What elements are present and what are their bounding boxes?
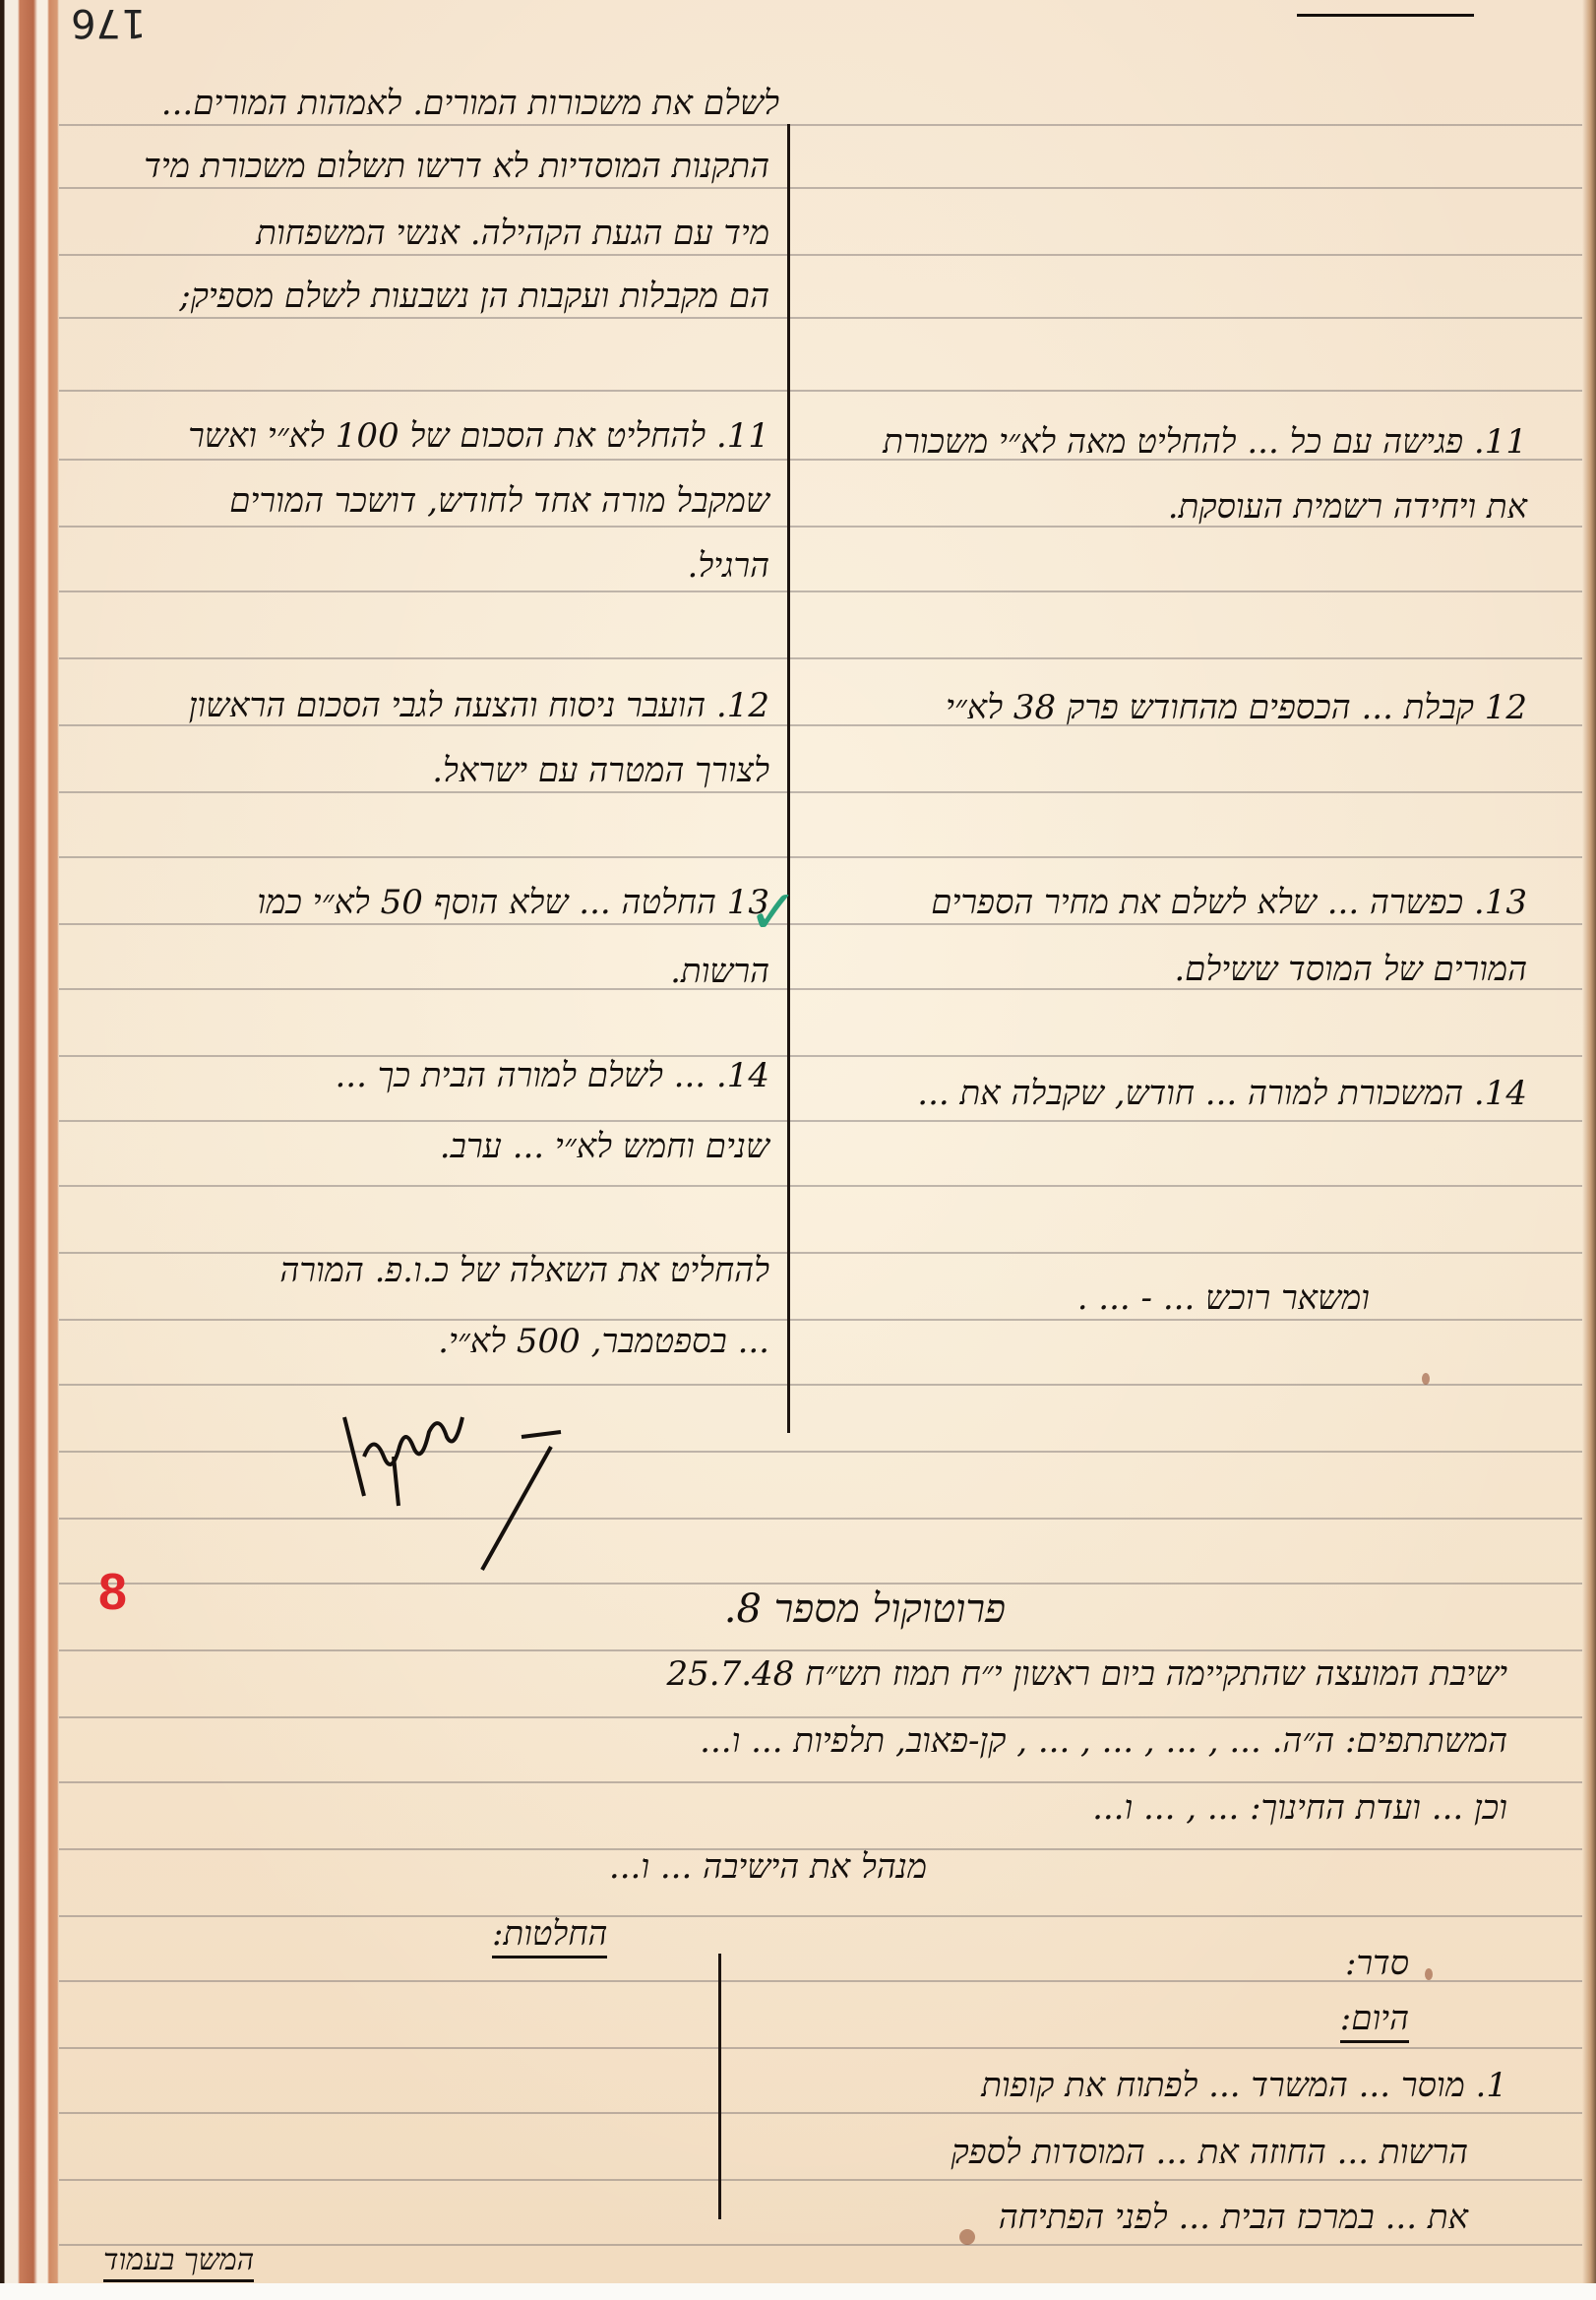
ruled-line: [59, 791, 1582, 793]
item-number: 11: [1485, 422, 1527, 462]
ruled-line: [59, 390, 1582, 392]
section-heading-line: לשלם את משכורות המורים. לאמהות המורים...: [161, 75, 779, 132]
agenda-subheader-text: היום:: [1340, 1999, 1409, 2043]
right-item-12-line-1: 12 קבלת ... הכספים מהחודש פרק 38 לא״י: [946, 679, 1527, 736]
left-item-12-line-1: 12. הועבר ניסוח והצעה לגבי הסכום הראשון: [189, 677, 769, 734]
handwritten-signature: [325, 1398, 620, 1575]
agenda-header: סדר:: [1345, 1935, 1409, 1992]
left-item-13-line-2: הרשות.: [670, 943, 769, 1000]
ruled-line: [59, 1915, 1582, 1917]
right-item-14-line-1: 14. המשכורת למורה ... חודש, שקבלה את ...: [917, 1065, 1527, 1122]
intro-line: התקנות המוסדיות לא דרשו תשלום משכורת מיד: [144, 138, 769, 195]
ruled-line: [59, 1518, 1582, 1520]
item-text: הועבר ניסוח והצעה לגבי הסכום הראשון: [189, 686, 706, 725]
item-number: 11: [727, 416, 769, 456]
continued-footer-text: המשך בעמוד: [103, 2243, 254, 2282]
item-text: פגישה עם כל ... להחליט מאה לא״י משכורת: [883, 422, 1463, 462]
left-item-11-line-1: 11. להחליט את הסכום של 100 לא״י ואשר: [188, 407, 769, 465]
ruled-line: [59, 1451, 1582, 1453]
paper-stain: [959, 2229, 975, 2245]
ruled-line: [59, 1055, 1582, 1057]
item-number: 13: [1485, 883, 1527, 922]
intro-line: מיד עם הגעת הקהילה. אנשי המשפחות: [256, 205, 769, 262]
left-item-11-line-3: הרגיל.: [688, 537, 769, 594]
ledger-page: 176 לשלם את משכורות המורים. לאמהות המורי…: [0, 0, 1596, 2283]
left-item-13-line-1: 13 החלטה ... שלא הוסף 50 לא״י כמו: [257, 874, 769, 931]
left-item-extra-line-1: להחליט את השאלה של כ.ו.פ. המורה: [279, 1242, 769, 1299]
left-item-12-line-2: לצורך המטרה עם ישראל.: [432, 742, 769, 799]
left-item-11-line-2: שמקבל מורה אחד לחודש, דושכר המורים: [229, 472, 769, 529]
paper-stain: [1425, 1968, 1433, 1980]
protocol-date-line: ישיבת המועצה שהתקיימה ביום ראשון י״ח תמו…: [667, 1646, 1507, 1703]
ruled-line: [59, 1384, 1582, 1386]
item-text: מוסר ... המשרד ... לפתוח את קופות: [981, 2066, 1465, 2105]
right-item-11-line-2: את ויחידה רשמית העוסקת.: [1168, 478, 1527, 535]
item-number: 14: [1485, 1074, 1527, 1113]
scan-bottom-margin: [0, 2283, 1596, 2300]
page-number-top: 176: [71, 0, 146, 45]
right-item-13-line-1: 13. כפשרה ... שלא לשלם את מחיר הספרים: [931, 874, 1527, 931]
item-text: החלטה ... שלא הוסף 50 לא״י כמו: [257, 883, 716, 922]
chair-line: מנהל את הישיבה ... ו...: [609, 1838, 927, 1896]
ruled-line: [59, 2047, 1582, 2049]
protocol-item-1-line-1: 1. מוסר ... המשרד ... לפתוח את קופות: [981, 2057, 1507, 2114]
ruled-line: [59, 856, 1582, 858]
ruled-line: [59, 591, 1582, 592]
item-number: 1.: [1476, 2066, 1507, 2105]
continued-footer: המשך בעמוד: [103, 2232, 254, 2289]
green-checkmark-icon: ✓: [748, 876, 799, 948]
column-divider-lower: [718, 1954, 721, 2219]
right-item-extra-line: ומשאר רוכש ... - ... .: [1077, 1270, 1370, 1327]
book-binding-left: [0, 0, 59, 2283]
item-number: 12: [727, 686, 769, 725]
item-text: כפשרה ... שלא לשלם את מחיר הספרים: [931, 883, 1463, 922]
agenda-subheader: היום:: [1340, 1990, 1409, 2047]
right-item-13-line-2: המורים של המוסד ששילם.: [1174, 941, 1527, 998]
left-item-14-line-2: שנים וחמש לא״י ... ערב.: [440, 1118, 769, 1175]
item-number: 14: [727, 1056, 769, 1095]
page-edge-right: [1582, 0, 1596, 2283]
left-item-extra-line-2: ... בספטמבר, 500 לא״י.: [438, 1313, 769, 1370]
resolutions-header-text: החלטות:: [492, 1914, 607, 1958]
item-text: המשכורת למורה ... חודש, שקבלה את ...: [917, 1074, 1463, 1113]
right-item-11-line-1: 11. פגישה עם כל ... להחליט מאה לא״י משכו…: [883, 413, 1527, 470]
top-right-underlined-mark: [1297, 0, 1474, 17]
protocol-item-1-line-2: הרשות ... החוזה את ... המוסדות לספק: [951, 2124, 1468, 2181]
attendees-line: המשתתפים: ה״ה. ... , ... , ... , ... , ק…: [700, 1712, 1507, 1770]
ruled-line: [59, 657, 1582, 659]
item-text: קבלת ... הכספים מהחודש פרק 38 לא״י: [946, 688, 1474, 727]
item-text: להחליט את הסכום של 100 לא״י ואשר: [188, 416, 706, 456]
protocol-title: פרוטוקול מספר 8.: [724, 1581, 1006, 1638]
resolutions-header: החלטות:: [492, 1905, 607, 1962]
column-divider-upper: [787, 124, 790, 1433]
attendees-line: וכן ... ועדת החינוך: ... , ... ו...: [1092, 1779, 1507, 1836]
intro-line: הם מקבלות ועקבות הן נשבעות לשלם מספיק;: [179, 268, 769, 325]
paper-stain: [1422, 1373, 1430, 1385]
red-protocol-number: 8: [98, 1563, 127, 1622]
item-text: ... לשלם למורה הבית כך ...: [335, 1056, 706, 1095]
ruled-line: [59, 1185, 1582, 1187]
protocol-item-1-line-3: את ... במרכז הבית ... לפני הפתיחה: [999, 2189, 1468, 2246]
item-number: 12: [1485, 688, 1527, 727]
left-item-14-line-1: 14. ... לשלם למורה הבית כך ...: [335, 1047, 769, 1104]
